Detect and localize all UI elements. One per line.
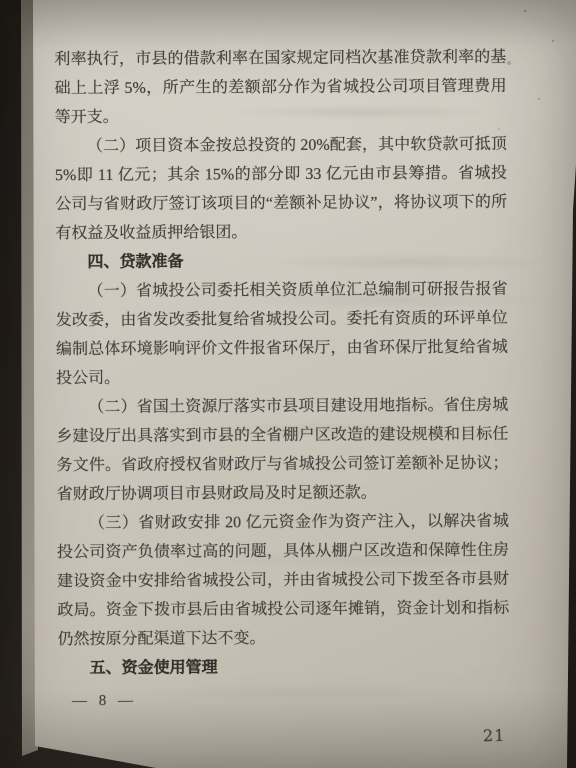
paragraph: （二）省国土资源厅落实市县项目建设用地指标。省住房城乡建设厅出具落实到市县的全省… bbox=[56, 391, 509, 509]
photo-background: 利率执行，市县的借款利率在国家规定同档次基准贷款利率的基础上上浮 5%，所产生的… bbox=[0, 0, 576, 768]
section-heading: 四、贷款准备 bbox=[55, 246, 507, 277]
text-column: 利率执行，市县的借款利率在国家规定同档次基准贷款利率的基础上上浮 5%，所产生的… bbox=[54, 43, 509, 683]
paragraph: （一）省城投公司委托相关资质单位汇总编制可研报告报省发改委，由省发改委批复给省城… bbox=[56, 275, 509, 393]
corner-page-number: 21 bbox=[483, 726, 506, 746]
section-heading: 五、资金使用管理 bbox=[58, 652, 510, 683]
footer-page-number: — 8 — bbox=[72, 691, 137, 711]
paragraph: 利率执行，市县的借款利率在国家规定同档次基准贷款利率的基础上上浮 5%，所产生的… bbox=[54, 43, 506, 132]
paper-sheet: 利率执行，市县的借款利率在国家规定同档次基准贷款利率的基础上上浮 5%，所产生的… bbox=[0, 0, 576, 768]
paragraph: （三）省财政安排 20 亿元资金作为资产注入，以解决省城投公司资产负债率过高的问… bbox=[57, 507, 510, 654]
dust-speck bbox=[524, 10, 526, 12]
paragraph: （二）项目资本金按总投资的 20%配套，其中软贷款可抵顶 5%即 11 亿元；其… bbox=[55, 130, 508, 248]
